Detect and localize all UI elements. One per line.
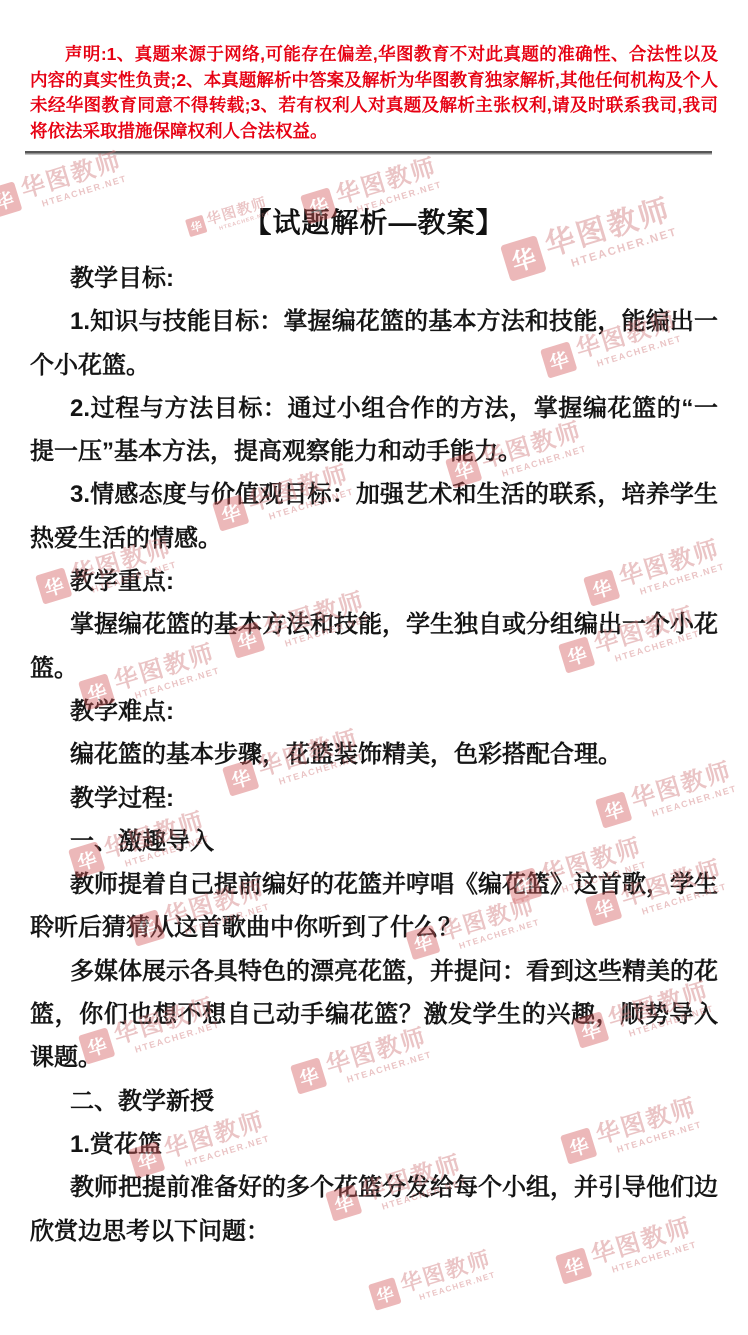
watermark-text-block: 华图教师 HTEACHER.NET xyxy=(398,1248,497,1305)
disclaimer-body: 1、真题来源于网络,可能存在偏差,华图教育不对此真题的准确性、合法性以及内容的真… xyxy=(30,44,718,141)
section-heading-teaching-process: 教学过程: xyxy=(30,777,718,820)
difficult-points-text: 编花篮的基本步骤，花篮装饰精美，色彩搭配合理。 xyxy=(30,733,718,776)
disclaimer-text: 声明:1、真题来源于网络,可能存在偏差,华图教育不对此真题的准确性、合法性以及内… xyxy=(30,42,718,144)
watermark-brand-text: 华图教师 xyxy=(398,1248,494,1296)
watermark-brand-text: 华图教师 xyxy=(333,155,439,208)
section-heading-difficult-points: 教学难点: xyxy=(30,690,718,733)
watermark-brand-text: 华图教师 xyxy=(18,149,124,202)
lesson-plan-content: 教学目标: 1.知识与技能目标：掌握编花篮的基本方法和技能，能编出一个小花篮。 … xyxy=(30,257,718,1253)
page-title: 【试题解析—教案】 xyxy=(0,203,748,243)
watermark-huatu: 华 华图教师 HTEACHER.NET xyxy=(368,1248,497,1315)
substep-heading-appreciate-basket: 1.赏花篮 xyxy=(30,1123,718,1166)
watermark-domain-text: HTEACHER.NET xyxy=(418,1271,497,1302)
huatu-logo-glyph: 华 xyxy=(373,1280,396,1308)
section-heading-key-points: 教学重点: xyxy=(30,560,718,603)
objective-emotion-values: 3.情感态度与价值观目标：加强艺术和生活的联系，培养学生热爱生活的情感。 xyxy=(30,473,718,560)
disclaimer-label: 声明: xyxy=(65,44,107,64)
intro-activity-text: 教师提着自己提前编好的花篮并哼唱《编花篮》这首歌，学生聆听后猜猜从这首歌曲中你听… xyxy=(30,863,718,950)
key-points-text: 掌握编花篮的基本方法和技能，学生独自或分组编出一个小花篮。 xyxy=(30,603,718,690)
huatu-logo-glyph: 华 xyxy=(561,1250,587,1281)
step-heading-new-teaching: 二、教学新授 xyxy=(30,1080,718,1123)
appreciate-basket-text: 教师把提前准备好的多个花篮分发给每个小组，并引导他们边欣赏边思考以下问题： xyxy=(30,1166,718,1253)
step-heading-interest-introduction: 一、激趣导入 xyxy=(30,820,718,863)
divider-line xyxy=(25,151,712,155)
objective-knowledge-skills: 1.知识与技能目标：掌握编花篮的基本方法和技能，能编出一个小花篮。 xyxy=(30,300,718,387)
huatu-logo-icon: 华 xyxy=(555,1247,592,1284)
document-page: 声明:1、真题来源于网络,可能存在偏差,华图教育不对此真题的准确性、合法性以及内… xyxy=(0,0,748,1335)
section-heading-objectives: 教学目标: xyxy=(30,257,718,300)
objective-process-method: 2.过程与方法目标：通过小组合作的方法，掌握编花篮的“一提一压”基本方法，提高观… xyxy=(30,387,718,474)
huatu-logo-icon: 华 xyxy=(368,1277,402,1311)
multimedia-activity-text: 多媒体展示各具特色的漂亮花篮，并提问：看到这些精美的花篮，你们也想不想自己动手编… xyxy=(30,950,718,1080)
